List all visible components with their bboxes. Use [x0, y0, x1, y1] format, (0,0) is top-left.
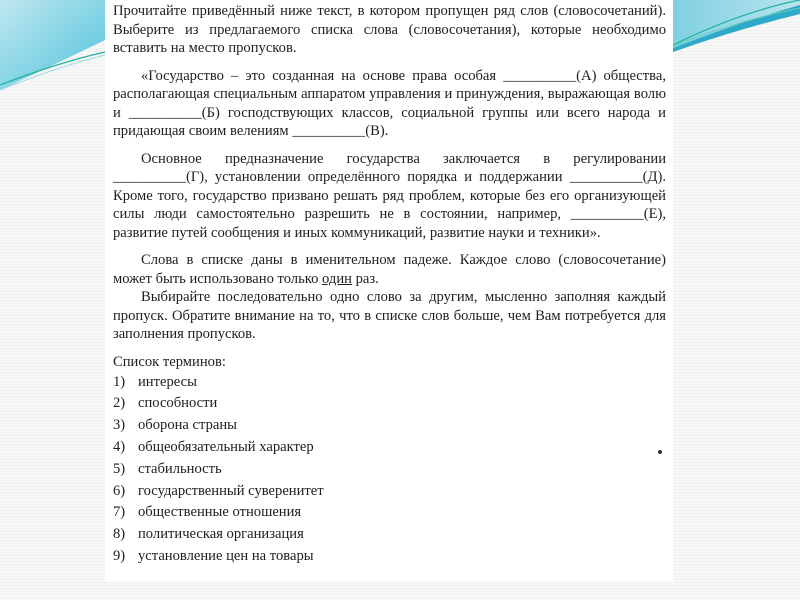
rule-1: Слова в списке даны в именительном падеж…	[113, 251, 666, 288]
list-item: 9)установление цен на товары	[113, 545, 666, 567]
list-item: 7)общественные отношения	[113, 502, 666, 524]
list-item: 8)политическая организация	[113, 524, 666, 546]
emphasis-once: один	[322, 271, 352, 287]
passage-paragraph-1: «Государство – это созданная на основе п…	[113, 67, 666, 141]
list-item: 2)способности	[113, 393, 666, 415]
document-text: Прочитайте приведённый ниже текст, в кот…	[113, 2, 666, 567]
list-item: 1)интересы	[113, 371, 666, 393]
passage-paragraph-2: Основное предназначение государства закл…	[113, 150, 666, 243]
rule-2: Выбирайте последовательно одно слово за …	[113, 288, 666, 344]
terms-list: 1)интересы 2)способности 3)оборона стран…	[113, 371, 666, 567]
list-item: 3)оборона страны	[113, 415, 666, 437]
instructions: Прочитайте приведённый ниже текст, в кот…	[113, 2, 666, 58]
terms-title: Список терминов:	[113, 353, 666, 372]
list-item: 5)стабильность	[113, 458, 666, 480]
list-item: 4)общеобязательный характер	[113, 436, 666, 458]
list-item: 6)государственный суверенитет	[113, 480, 666, 502]
